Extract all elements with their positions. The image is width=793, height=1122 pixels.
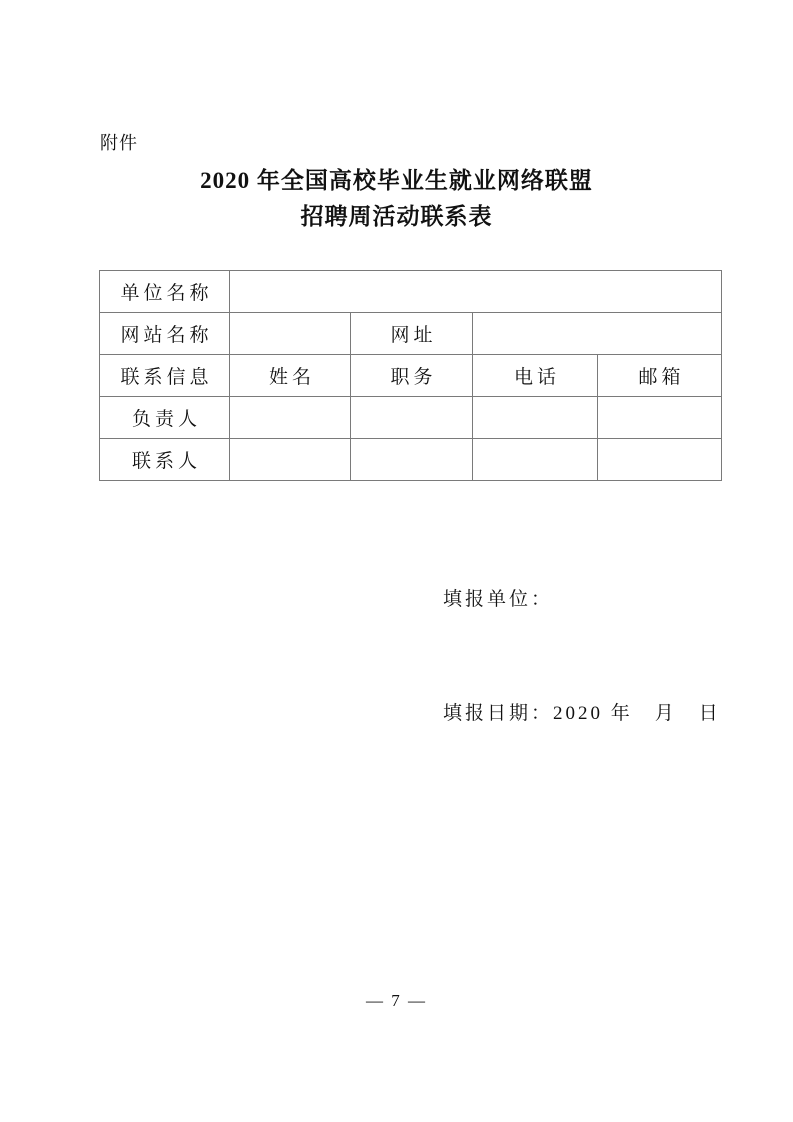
attachment-label: 附件 — [100, 129, 138, 155]
table-row-unit-name: 单位名称 — [100, 271, 722, 313]
responsible-person-label: 负责人 — [100, 397, 230, 439]
responsible-phone-cell — [473, 397, 598, 439]
fill-in-date-line: 填报日期：2020 年 月 日 — [443, 695, 721, 733]
contact-position-cell — [351, 439, 473, 481]
contact-form-table: 单位名称 网站名称 网址 联系信息 姓名 职务 电话 邮箱 负责人 — [99, 270, 722, 481]
responsible-position-cell — [351, 397, 473, 439]
contact-name-cell — [230, 439, 351, 481]
contact-person-label: 联系人 — [100, 439, 230, 481]
contact-email-cell — [598, 439, 722, 481]
signoff-block: 填报单位： 填报日期：2020 年 月 日 — [443, 505, 721, 809]
fill-in-unit-line: 填报单位： — [443, 581, 721, 619]
table-row-responsible-person: 负责人 — [100, 397, 722, 439]
responsible-name-cell — [230, 397, 351, 439]
page-number: — 7 — — [0, 991, 793, 1011]
header-name: 姓名 — [230, 355, 351, 397]
header-position: 职务 — [351, 355, 473, 397]
document-title: 2020 年全国高校毕业生就业网络联盟 招聘周活动联系表 — [0, 163, 793, 235]
responsible-email-cell — [598, 397, 722, 439]
document-page: 附件 2020 年全国高校毕业生就业网络联盟 招聘周活动联系表 单位名称 网站名… — [0, 0, 793, 1122]
url-value-cell — [473, 313, 722, 355]
table-row-site-name: 网站名称 网址 — [100, 313, 722, 355]
unit-name-value-cell — [230, 271, 722, 313]
header-email: 邮箱 — [598, 355, 722, 397]
table-row-contact-headers: 联系信息 姓名 职务 电话 邮箱 — [100, 355, 722, 397]
title-line-2: 招聘周活动联系表 — [0, 199, 793, 235]
url-label: 网址 — [351, 313, 473, 355]
title-line-1: 2020 年全国高校毕业生就业网络联盟 — [0, 163, 793, 199]
site-name-value-cell — [230, 313, 351, 355]
table-row-contact-person: 联系人 — [100, 439, 722, 481]
site-name-label: 网站名称 — [100, 313, 230, 355]
unit-name-label: 单位名称 — [100, 271, 230, 313]
contact-info-label: 联系信息 — [100, 355, 230, 397]
header-phone: 电话 — [473, 355, 598, 397]
contact-phone-cell — [473, 439, 598, 481]
